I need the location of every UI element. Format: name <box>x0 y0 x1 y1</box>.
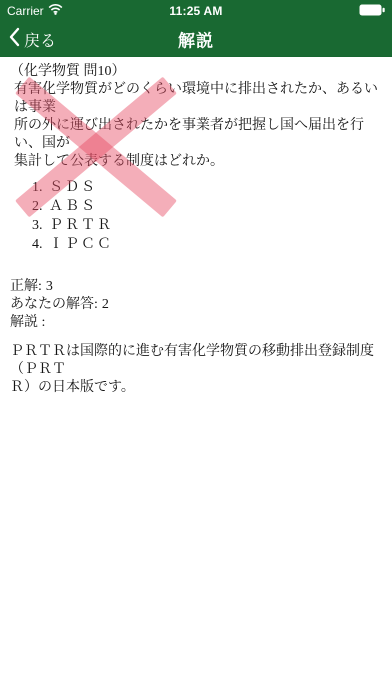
explanation-label: 解説 : <box>10 315 45 330</box>
explanation-label-row: 解説 : <box>10 314 382 332</box>
correct-answer-row: 正解:3 <box>10 278 382 296</box>
option-3: 3. ＰＲＴＲ <box>32 216 382 235</box>
result-block: 正解:3 あなたの解答:2 解説 : <box>10 278 382 332</box>
nav-bar: 戻る 解説 <box>0 22 392 57</box>
option-number: 2. <box>32 197 49 216</box>
correct-answer-value: 3 <box>46 279 53 294</box>
chevron-left-icon <box>8 27 20 52</box>
status-bar: Carrier 11:25 AM <box>0 0 392 22</box>
option-1: 1. ＳＤＳ <box>32 178 382 197</box>
your-answer-label: あなたの解答: <box>10 297 98 312</box>
status-right <box>359 4 385 19</box>
app-screen: Carrier 11:25 AM <box>0 0 392 696</box>
option-number: 4. <box>32 235 49 254</box>
option-label: ＡＢＳ <box>49 197 97 216</box>
status-left: Carrier <box>7 4 63 18</box>
option-label: ＰＲＴＲ <box>49 216 113 235</box>
explanation-line: ＰＲＴＲは国際的に進む有害化学物質の移動排出登録制度（ＰＲＴ <box>10 343 382 379</box>
explanation-line: Ｒ）の日本版です。 <box>10 379 382 397</box>
option-2: 2. ＡＢＳ <box>32 197 382 216</box>
carrier-label: Carrier <box>7 4 44 18</box>
question-line: 所の外に運び出されたかを事業者が把握し国へ届出を行い、国が <box>14 117 382 153</box>
question-line: 有害化学物質がどのくらい環境中に排出されたか、あるいは事業 <box>14 81 382 117</box>
wifi-icon <box>48 4 63 18</box>
question-header: （化学物質 問10） <box>10 63 382 81</box>
your-answer-value: 2 <box>102 297 109 312</box>
option-number: 3. <box>32 216 49 235</box>
back-label: 戻る <box>24 28 56 51</box>
option-number: 1. <box>32 178 49 197</box>
explanation-content: （化学物質 問10） 有害化学物質がどのくらい環境中に排出されたか、あるいは事業… <box>0 57 392 397</box>
options-list: 1. ＳＤＳ 2. ＡＢＳ 3. ＰＲＴＲ 4. ＩＰＣＣ <box>32 178 382 254</box>
option-label: ＩＰＣＣ <box>49 235 113 254</box>
question-line: 集計して公表する制度はどれか。 <box>14 153 382 171</box>
status-time: 11:25 AM <box>169 0 222 22</box>
option-label: ＳＤＳ <box>49 178 97 197</box>
page-title: 解説 <box>178 27 214 52</box>
your-answer-row: あなたの解答:2 <box>10 296 382 314</box>
battery-icon <box>359 4 385 19</box>
option-4: 4. ＩＰＣＣ <box>32 235 382 254</box>
back-button[interactable]: 戻る <box>0 22 66 56</box>
explanation-text: ＰＲＴＲは国際的に進む有害化学物質の移動排出登録制度（ＰＲＴ Ｒ）の日本版です。 <box>10 343 382 397</box>
correct-answer-label: 正解: <box>10 279 42 294</box>
question-text: 有害化学物質がどのくらい環境中に排出されたか、あるいは事業 所の外に運び出された… <box>14 81 382 171</box>
